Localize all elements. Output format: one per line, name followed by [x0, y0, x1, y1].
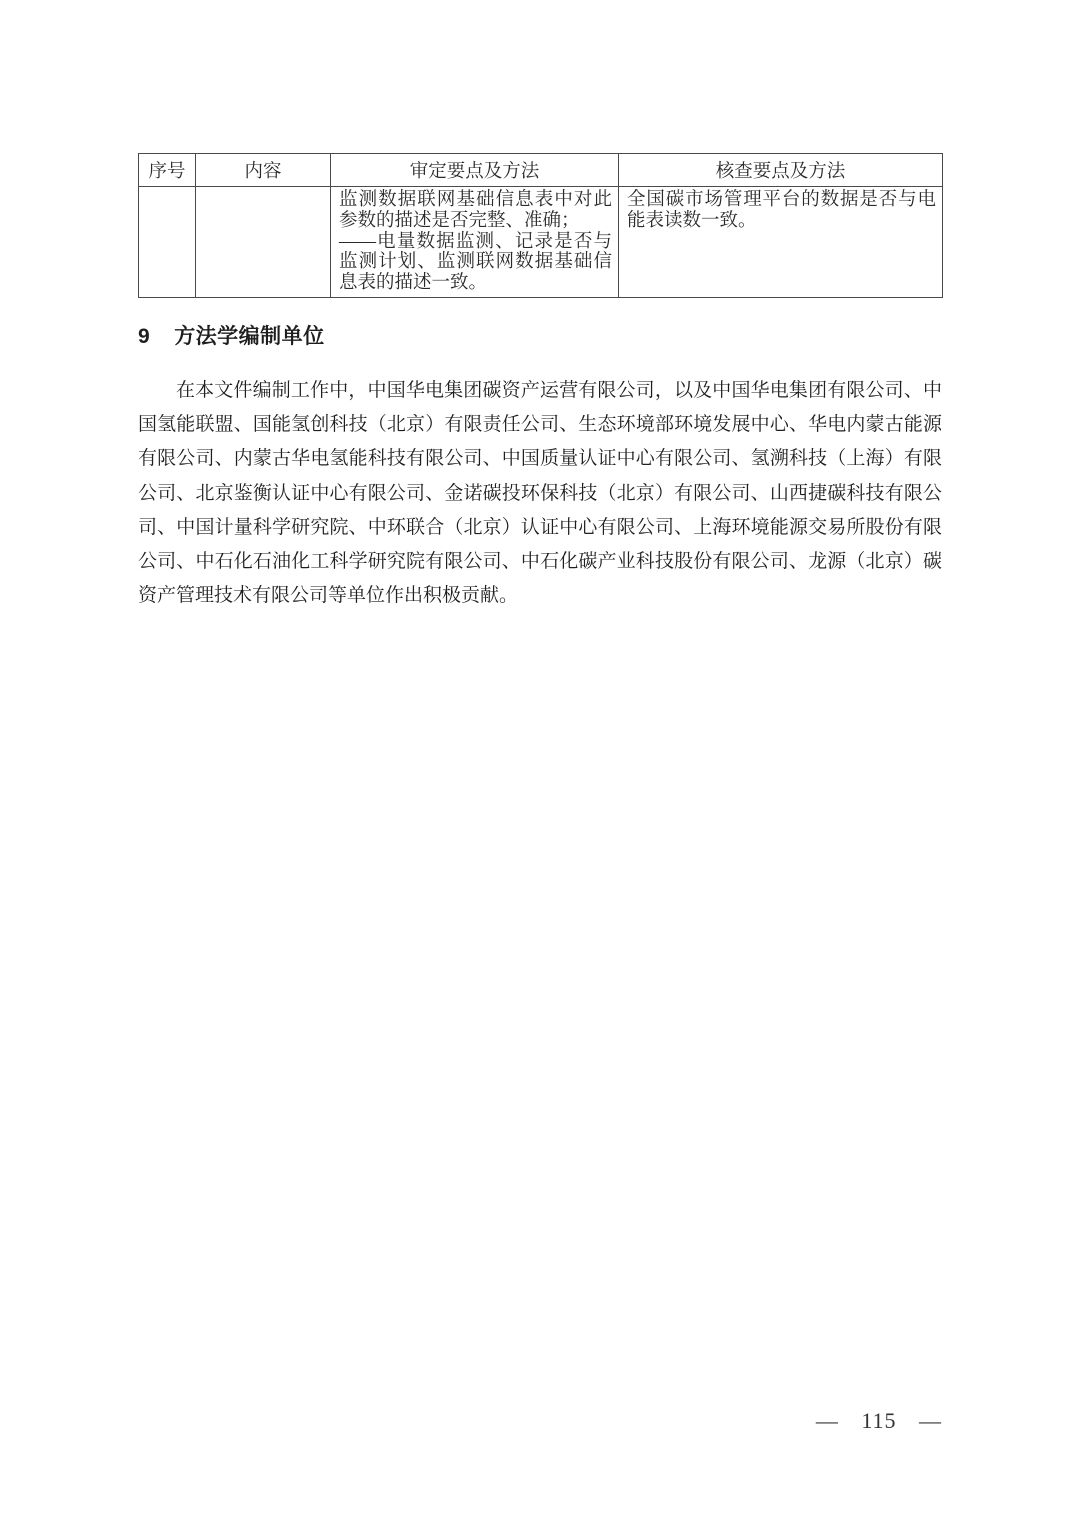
- verify-point-2: ——电量数据监测、记录是否与监测计划、监测联网数据基础信息表的描述一致。: [339, 232, 612, 294]
- column-header-content: 内容: [196, 154, 331, 187]
- cell-check-point: 全国碳市场管理平台的数据是否与电能表读数一致。: [619, 187, 943, 298]
- table-row: 监测数据联网基础信息表中对此参数的描述是否完整、准确； ——电量数据监测、记录是…: [139, 187, 943, 298]
- section-heading: 9方法学编制单位: [138, 320, 325, 350]
- body-paragraph: 在本文件编制工作中，中国华电集团碳资产运营有限公司，以及中国华电集团有限公司、中…: [138, 374, 942, 613]
- document-page: 序号 内容 审定要点及方法 核查要点及方法 监测数据联网基础信息表中对此参数的描…: [0, 0, 1080, 1527]
- column-header-seq: 序号: [139, 154, 196, 187]
- cell-verify-points: 监测数据联网基础信息表中对此参数的描述是否完整、准确； ——电量数据监测、记录是…: [331, 187, 619, 298]
- cell-seq: [139, 187, 196, 298]
- column-header-verify: 审定要点及方法: [331, 154, 619, 187]
- page-number: — 115 —: [816, 1408, 942, 1434]
- column-header-check: 核查要点及方法: [619, 154, 943, 187]
- table-header-row: 序号 内容 审定要点及方法 核查要点及方法: [139, 154, 943, 187]
- section-title: 方法学编制单位: [174, 325, 325, 348]
- cell-content: [196, 187, 331, 298]
- section-number: 9: [138, 325, 150, 348]
- verify-point-1: 监测数据联网基础信息表中对此参数的描述是否完整、准确；: [339, 190, 612, 232]
- review-table: 序号 内容 审定要点及方法 核查要点及方法 监测数据联网基础信息表中对此参数的描…: [138, 153, 943, 298]
